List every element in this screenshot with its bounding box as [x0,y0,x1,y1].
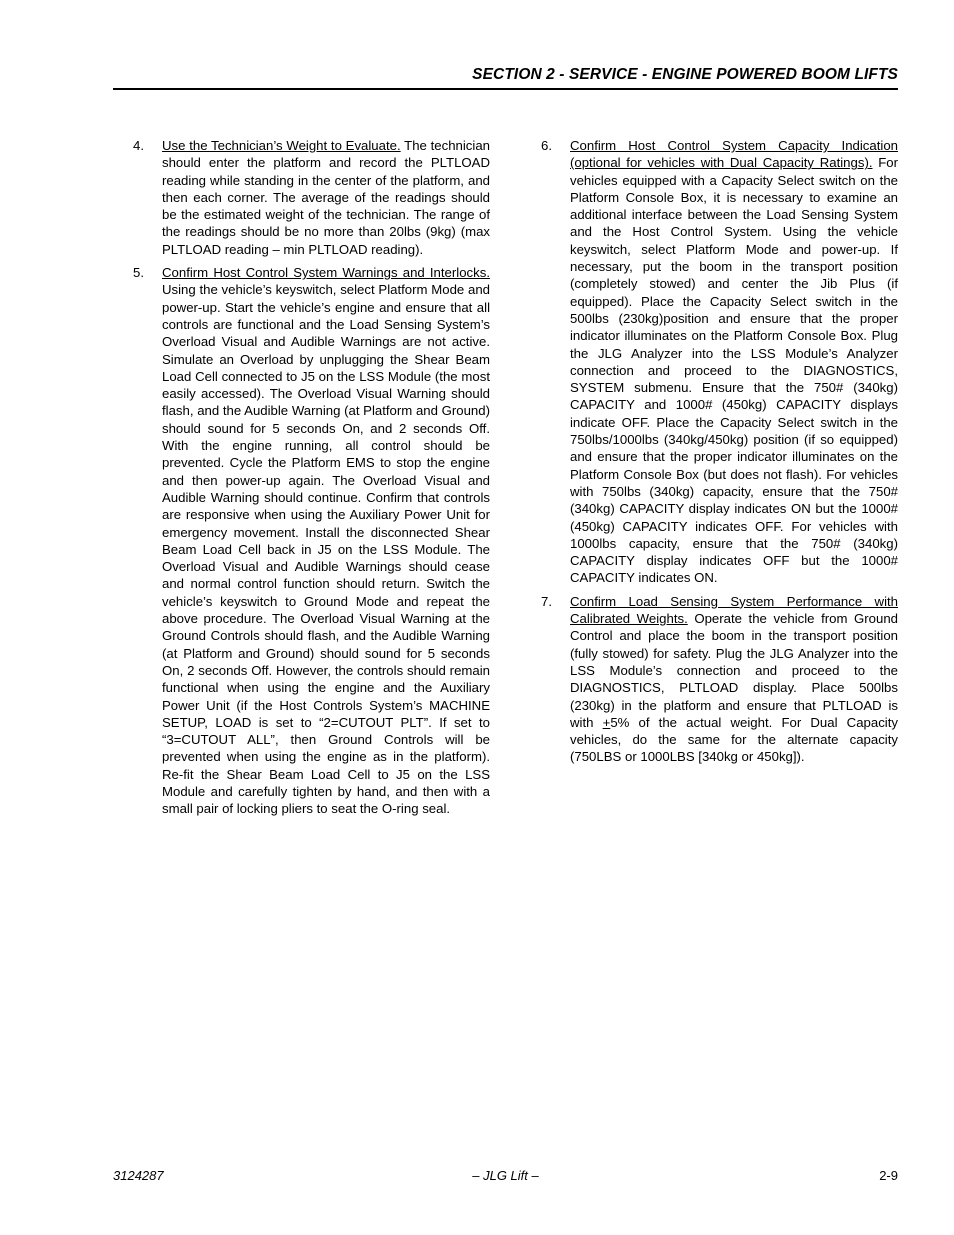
list-item-5: 5. Confirm Host Control System Warnings … [133,264,490,818]
item-4-number: 4. [133,137,162,258]
footer-page-number: 2-9 [879,1168,898,1183]
item-6-text: Confirm Host Control System Capacity Ind… [570,137,898,587]
item-6-number: 6. [541,137,570,587]
column-left: 4. Use the Technician’s Weight to Evalua… [133,137,490,824]
item-4-text: Use the Technician’s Weight to Evaluate.… [162,137,490,258]
content-columns: 4. Use the Technician’s Weight to Evalua… [133,137,898,824]
item-6-body: For vehicles equipped with a Capacity Se… [570,155,898,585]
item-7-text: Confirm Load Sensing System Performance … [570,593,898,766]
column-right: 6. Confirm Host Control System Capacity … [541,137,898,824]
item-7-body-before-tolerance: Operate the vehicle from Ground Control … [570,611,898,730]
list-item-7: 7. Confirm Load Sensing System Performan… [541,593,898,766]
manual-page: SECTION 2 - SERVICE - ENGINE POWERED BOO… [0,0,954,1235]
list-item-6: 6. Confirm Host Control System Capacity … [541,137,898,587]
section-header-title: SECTION 2 - SERVICE - ENGINE POWERED BOO… [472,66,898,84]
header-rule-divider [113,88,898,90]
footer-part-number: 3124287 [113,1168,164,1183]
item-5-body: Using the vehicle’s keyswitch, select Pl… [162,282,490,816]
item-5-text: Confirm Host Control System Warnings and… [162,264,490,818]
item-4-heading: Use the Technician’s Weight to Evaluate. [162,138,401,153]
footer-doc-title: – JLG Lift – [113,1168,898,1183]
item-6-heading: Confirm Host Control System Capacity Ind… [570,138,898,170]
item-4-body: The technician should enter the platform… [162,138,490,257]
item-7-number: 7. [541,593,570,766]
item-5-heading: Confirm Host Control System Warnings and… [162,265,490,280]
list-item-4: 4. Use the Technician’s Weight to Evalua… [133,137,490,258]
item-5-number: 5. [133,264,162,818]
item-7-body-after-tolerance: 5% of the actual weight. For Dual Capaci… [570,715,898,765]
